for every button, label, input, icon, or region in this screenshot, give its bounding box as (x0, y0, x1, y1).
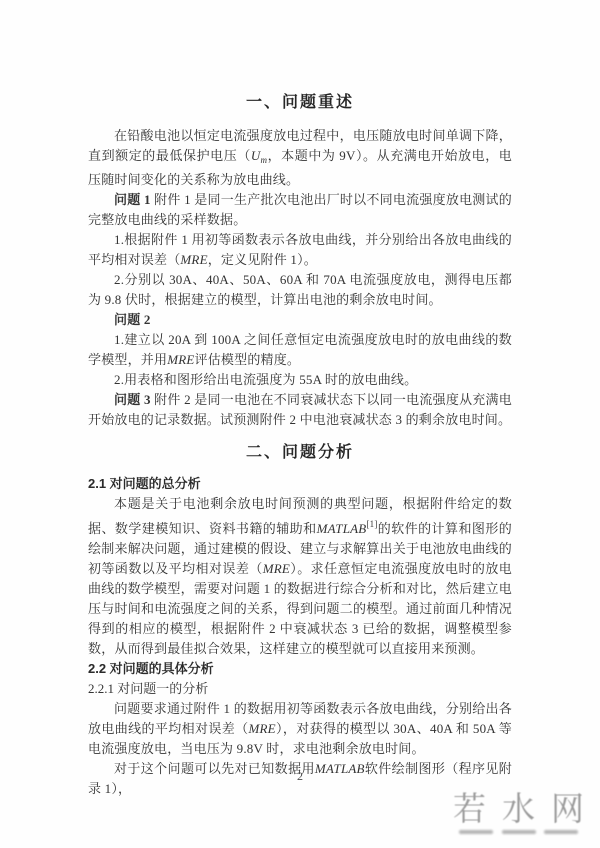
mre-symbol: MRE (249, 721, 276, 736)
question-1-paragraph: 问题 1 附件 1 是同一生产批次电池出厂时以不同电流强度放电测试的完整放电曲线… (88, 190, 512, 230)
text-run: 附件 1 是同一生产批次电池出厂时以不同电流强度放电测试的完整放电曲线的采样数据… (88, 192, 512, 227)
text-run: 附件 2 是同一电池在不同衰减状态下以同一电流强度从充满电开始放电的记录数据。试… (88, 392, 512, 427)
mre-symbol: MRE (263, 561, 290, 576)
page-number: 2 (0, 769, 600, 784)
question-2-label-line: 问题 2 (88, 310, 512, 330)
section-2-1-heading: 2.1 对问题的总分析 (88, 474, 512, 494)
text-run: ，定义见附件 1）。 (208, 252, 317, 267)
watermark-subtext-blur (453, 830, 584, 834)
watermark-subtext-segment (502, 830, 536, 834)
mre-symbol: MRE (180, 252, 207, 267)
voltage-symbol: Um (251, 148, 267, 163)
section-2-heading: 二、问题分析 (88, 444, 512, 462)
document-content: 一、问题重述 在铅酸电池以恒定电流强度放电过程中，电压随放电时间单调下降，直到额… (88, 94, 512, 799)
section-2-2-1-heading: 2.2.1 对问题一的分析 (88, 679, 512, 699)
question-2-label: 问题 2 (114, 312, 151, 327)
citation-ref: [1] (366, 519, 377, 529)
matlab-name: MATLAB (317, 521, 367, 536)
mre-symbol: MRE (167, 352, 194, 367)
question-2-item-1: 1.建立以 20A 到 100A 之间任意恒定电流强度放电时的放电曲线的数学模型… (88, 330, 512, 370)
question-2-item-2: 2.用表格和图形给出电流强度为 55A 时的放电曲线。 (88, 370, 512, 390)
watermark-subtext-segment (459, 830, 493, 834)
question-1-item-1: 1.根据附件 1 用初等函数表示各放电曲线，并分别给出各放电曲线的平均相对误差（… (88, 230, 512, 270)
watermark-logo-text: 若水网 (453, 791, 600, 827)
watermark-subtext-segment (544, 830, 578, 834)
watermark: 若水网 (453, 791, 584, 834)
text-run: U (251, 148, 261, 163)
section-2-2-1-paragraph-1: 问题要求通过附件 1 的数据用初等函数表示各放电曲线，分别给出各放电曲线的平均相… (88, 699, 512, 759)
section-2-1-paragraph: 本题是关于电池剩余放电时间预测的典型问题，根据附件给定的数据、数学建模知识、资料… (88, 494, 512, 659)
question-3-label: 问题 3 (114, 392, 151, 407)
question-3-paragraph: 问题 3 附件 2 是同一电池在不同衰减状态下以同一电流强度从充满电开始放电的记… (88, 390, 512, 430)
document-page: 一、问题重述 在铅酸电池以恒定电流强度放电过程中，电压随放电时间单调下降，直到额… (0, 0, 600, 848)
question-1-item-2: 2.分别以 30A、40A、50A、60A 和 70A 电流强度放电，测得电压都… (88, 270, 512, 310)
question-1-label: 问题 1 (114, 192, 151, 207)
section-1-heading: 一、问题重述 (88, 94, 512, 112)
text-run: 评估模型的精度。 (195, 352, 301, 367)
intro-paragraph: 在铅酸电池以恒定电流强度放电过程中，电压随放电时间单调下降，直到额定的最低保护电… (88, 126, 512, 190)
section-2-2-heading: 2.2 对问题的具体分析 (88, 659, 512, 679)
